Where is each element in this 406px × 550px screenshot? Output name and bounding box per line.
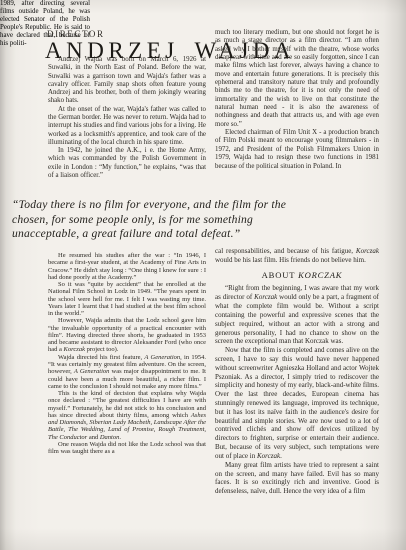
paragraph: Elected chairman of Film Unit X - a prod… xyxy=(215,129,379,171)
paragraph: This is the kind of decision that explai… xyxy=(48,390,206,441)
paragraph: Now that the film is completed and comes… xyxy=(215,346,379,461)
paragraph: He resumed his studies after the war : “… xyxy=(48,252,206,281)
paragraph: cal responsabilities, and because of his… xyxy=(215,247,379,265)
paragraph: At the onset of the war, Wajda's father … xyxy=(48,106,206,147)
book-page: DIRECTOR ANDRZEJ WAJDA Andrzej Wajda was… xyxy=(0,0,406,550)
section-heading-about-korczak: ABOUT KORCZAK xyxy=(215,270,379,281)
paragraph: Wajda directed his first feature, A Gene… xyxy=(48,354,206,390)
left-column-top: Andrzej Wajda was born on March 6, 1926 … xyxy=(48,56,206,180)
paragraph: In 1942, he joined the A.K., i e. the Ho… xyxy=(48,147,206,180)
paragraph: Andrzej Wajda was born on March 6, 1926 … xyxy=(48,56,206,106)
pull-quote: “Today there is no film for everyone, an… xyxy=(12,198,314,242)
paragraph: “Right from the beginning, I was aware t… xyxy=(215,284,379,346)
paragraph: However, Wajda admits that the Lodz scho… xyxy=(48,317,206,353)
left-column-bottom: He resumed his studies after the war : “… xyxy=(48,252,206,455)
paragraph: Many great film artists have tried to re… xyxy=(215,461,379,496)
paragraph: much too literary medium, but one should… xyxy=(215,29,379,129)
right-column-bottom: cal responsabilities, and because of his… xyxy=(215,247,379,496)
paragraph: One reason Wajda did not like the Lodz s… xyxy=(48,441,206,456)
paragraph: So it was “quite by accident” that he en… xyxy=(48,281,206,317)
right-column-top: much too literary medium, but one should… xyxy=(215,29,379,171)
